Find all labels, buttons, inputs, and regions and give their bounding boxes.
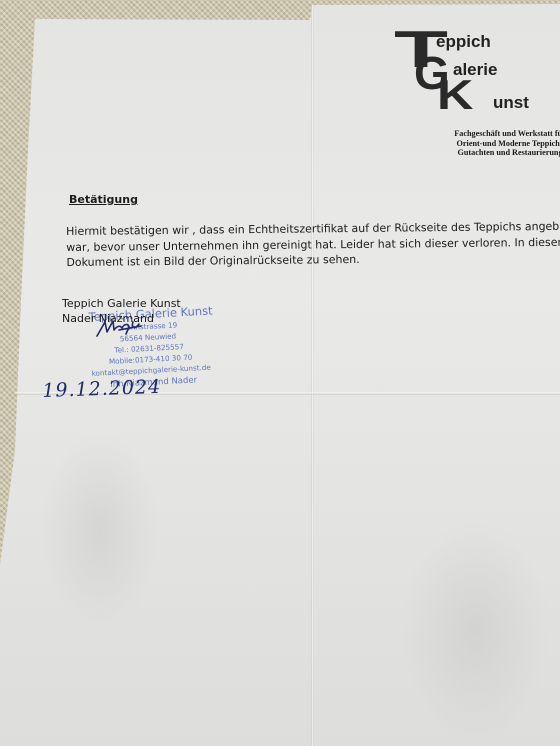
document-heading: Betätigung [69, 193, 138, 206]
vertical-fold-crease [311, 5, 314, 746]
tagline-line: Gutachten und Restaurierung [430, 148, 560, 158]
logo-word-unst: unst [493, 94, 529, 111]
tagline-line: Orient-und Moderne Teppiche [430, 139, 560, 149]
handwritten-date: 19.12.2024 [42, 376, 161, 402]
signature-company: Teppich Galerie Kunst [62, 296, 181, 311]
tagline-line: Fachgeschäft und Werkstatt für [430, 129, 560, 139]
letterhead-tagline: Fachgeschäft und Werkstatt für Orient-un… [430, 129, 560, 158]
company-logo: T eppich G alerie K unst [394, 24, 560, 116]
handwritten-signature [95, 318, 145, 340]
document-body: Hiermit bestätigen wir , dass ein Echthe… [66, 219, 560, 271]
logo-initial-k: K [437, 74, 473, 116]
